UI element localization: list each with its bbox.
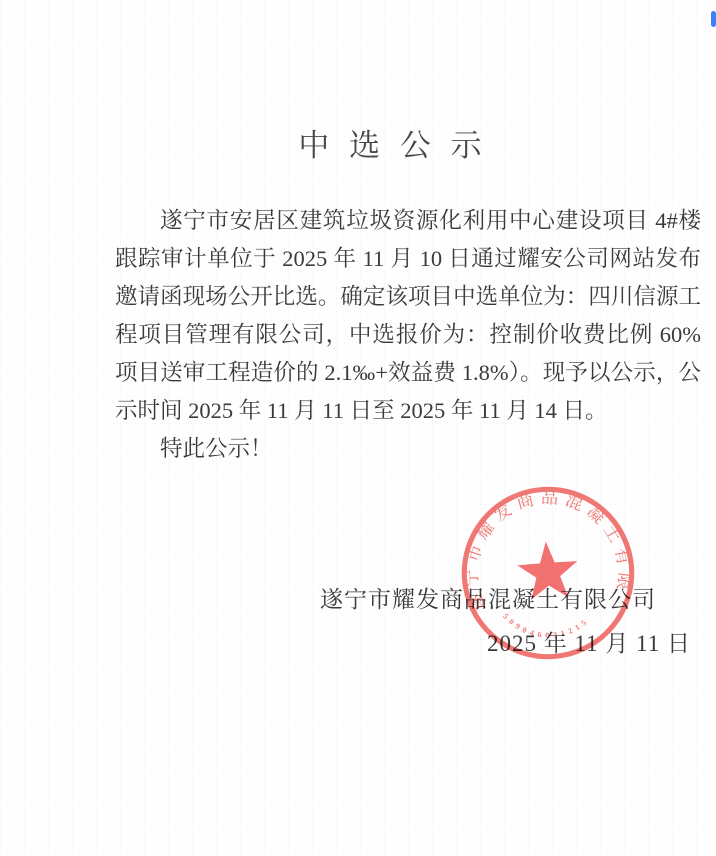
body-line: 示时间 2025 年 11 月 11 日至 2025 年 11 月 14 日。: [115, 392, 701, 430]
body-line: 邀请函现场公开比选。确定该项目中选单位为：四川信源工: [115, 278, 701, 316]
closing-line: 特此公示！: [115, 430, 701, 468]
scanned-document-page: 中 选 公 示 遂宁市安居区建筑垃圾资源化利用中心建设项目 4#楼 跟踪审计单位…: [0, 0, 716, 856]
scrollbar-thumb[interactable]: [711, 11, 716, 27]
body-line: 程项目管理有限公司，中选报价为：控制价收费比例 60%（即: [115, 316, 701, 354]
signature-date: 2025 年 11 月 11 日: [487, 625, 691, 658]
announcement-body: 遂宁市安居区建筑垃圾资源化利用中心建设项目 4#楼 跟踪审计单位于 2025 年…: [115, 202, 701, 468]
body-line: 跟踪审计单位于 2025 年 11 月 10 日通过耀安公司网站发布: [115, 240, 701, 278]
signature-company-name: 遂宁市耀发商品混凝土有限公司: [320, 581, 656, 614]
body-line: 遂宁市安居区建筑垃圾资源化利用中心建设项目 4#楼: [115, 202, 701, 240]
document-title: 中 选 公 示: [70, 120, 716, 165]
body-line: 项目送审工程造价的 2.1‰+效益费 1.8%）。现予以公示，公: [115, 354, 701, 392]
